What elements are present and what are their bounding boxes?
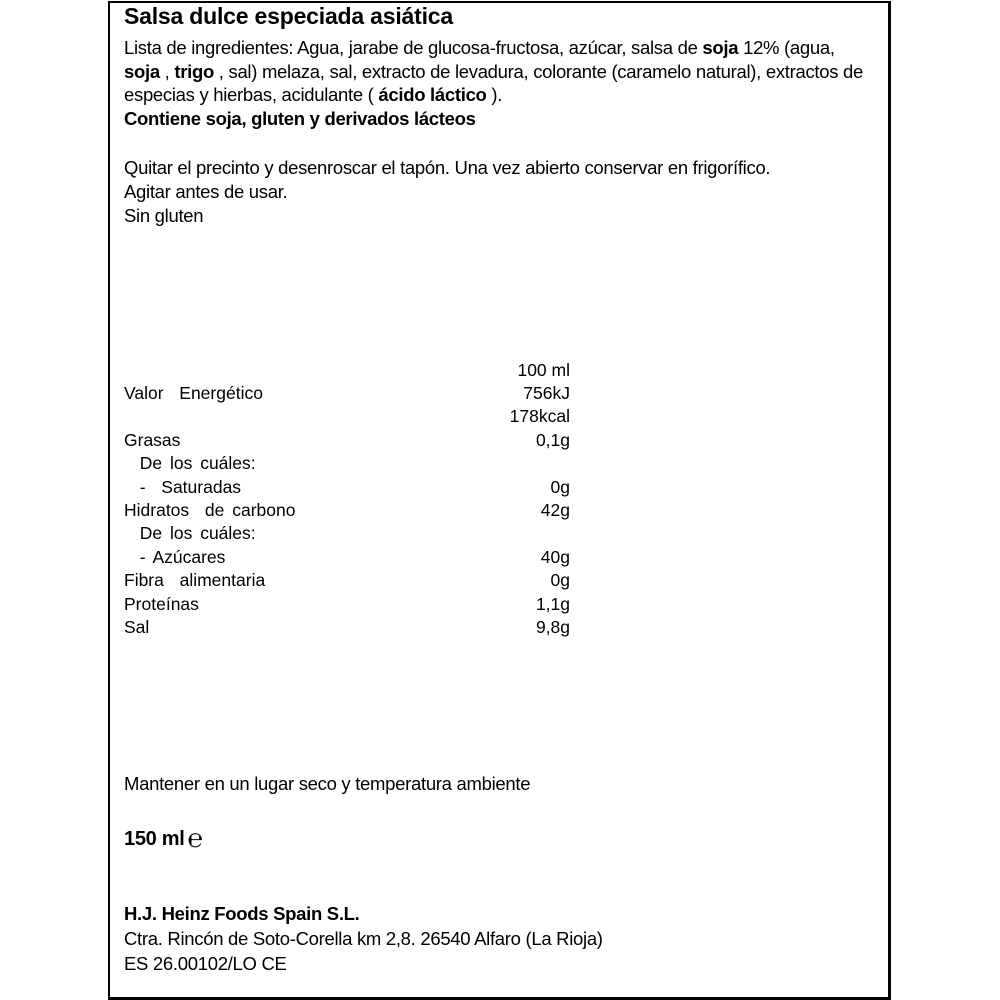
nutrition-label: - Saturadas <box>124 477 241 498</box>
gluten-free-note: Sin gluten <box>124 205 203 227</box>
nutrition-label: Proteínas <box>124 594 199 615</box>
manufacturer-name: H.J. Heinz Foods Spain S.L. <box>124 903 360 925</box>
ingredients-text: ). <box>487 84 503 105</box>
nutrition-header: 100 ml <box>440 360 570 381</box>
net-volume-value: 150 ml <box>124 828 184 850</box>
nutrition-value: 0,1g <box>440 430 570 451</box>
nutrition-value: 178kcal <box>440 406 570 427</box>
nutrition-value: 40g <box>440 547 570 568</box>
nutrition-value: 1,1g <box>440 594 570 615</box>
estimated-sign-icon: ℮ <box>187 826 202 852</box>
nutrition-label: Valor Energético <box>124 383 263 404</box>
storage-note: Mantener en un lugar seco y temperatura … <box>124 773 530 795</box>
manufacturer-address: Ctra. Rincón de Soto-Corella km 2,8. 265… <box>124 928 603 950</box>
instructions-line-1: Quitar el precinto y desenroscar el tapó… <box>124 157 770 179</box>
nutrition-label: Hidratos de carbono <box>124 500 295 521</box>
product-title: Salsa dulce especiada asiática <box>124 3 453 30</box>
nutrition-value: 0g <box>440 477 570 498</box>
allergen-acido-lactico: ácido láctico <box>378 84 486 105</box>
allergen-soja: soja <box>124 61 160 82</box>
ingredients-text: , <box>160 61 175 82</box>
registry-number: ES 26.00102/LO CE <box>124 953 287 975</box>
allergen-trigo: trigo <box>174 61 214 82</box>
ingredients-text: 12% (agua, <box>738 37 834 58</box>
instructions-line-2: Agitar antes de usar. <box>124 181 287 203</box>
nutrition-label: De los cuáles: <box>124 523 256 544</box>
nutrition-value: 0g <box>440 570 570 591</box>
nutrition-label: Grasas <box>124 430 180 451</box>
nutrition-value: 9,8g <box>440 617 570 638</box>
nutrition-label: Fibra alimentaria <box>124 570 265 591</box>
ingredients-list: Lista de ingredientes: Agua, jarabe de g… <box>124 36 874 130</box>
nutrition-value: 42g <box>440 500 570 521</box>
nutrition-label: De los cuáles: <box>124 453 256 474</box>
allergen-soja: soja <box>702 37 738 58</box>
ingredients-text: Lista de ingredientes: Agua, jarabe de g… <box>124 37 702 58</box>
nutrition-label: Sal <box>124 617 149 638</box>
allergen-statement: Contiene soja, gluten y derivados lácteo… <box>124 108 476 129</box>
net-volume: 150 ml℮ <box>124 826 203 852</box>
nutrition-label: - Azúcares <box>124 547 225 568</box>
nutrition-value: 756kJ <box>440 383 570 404</box>
